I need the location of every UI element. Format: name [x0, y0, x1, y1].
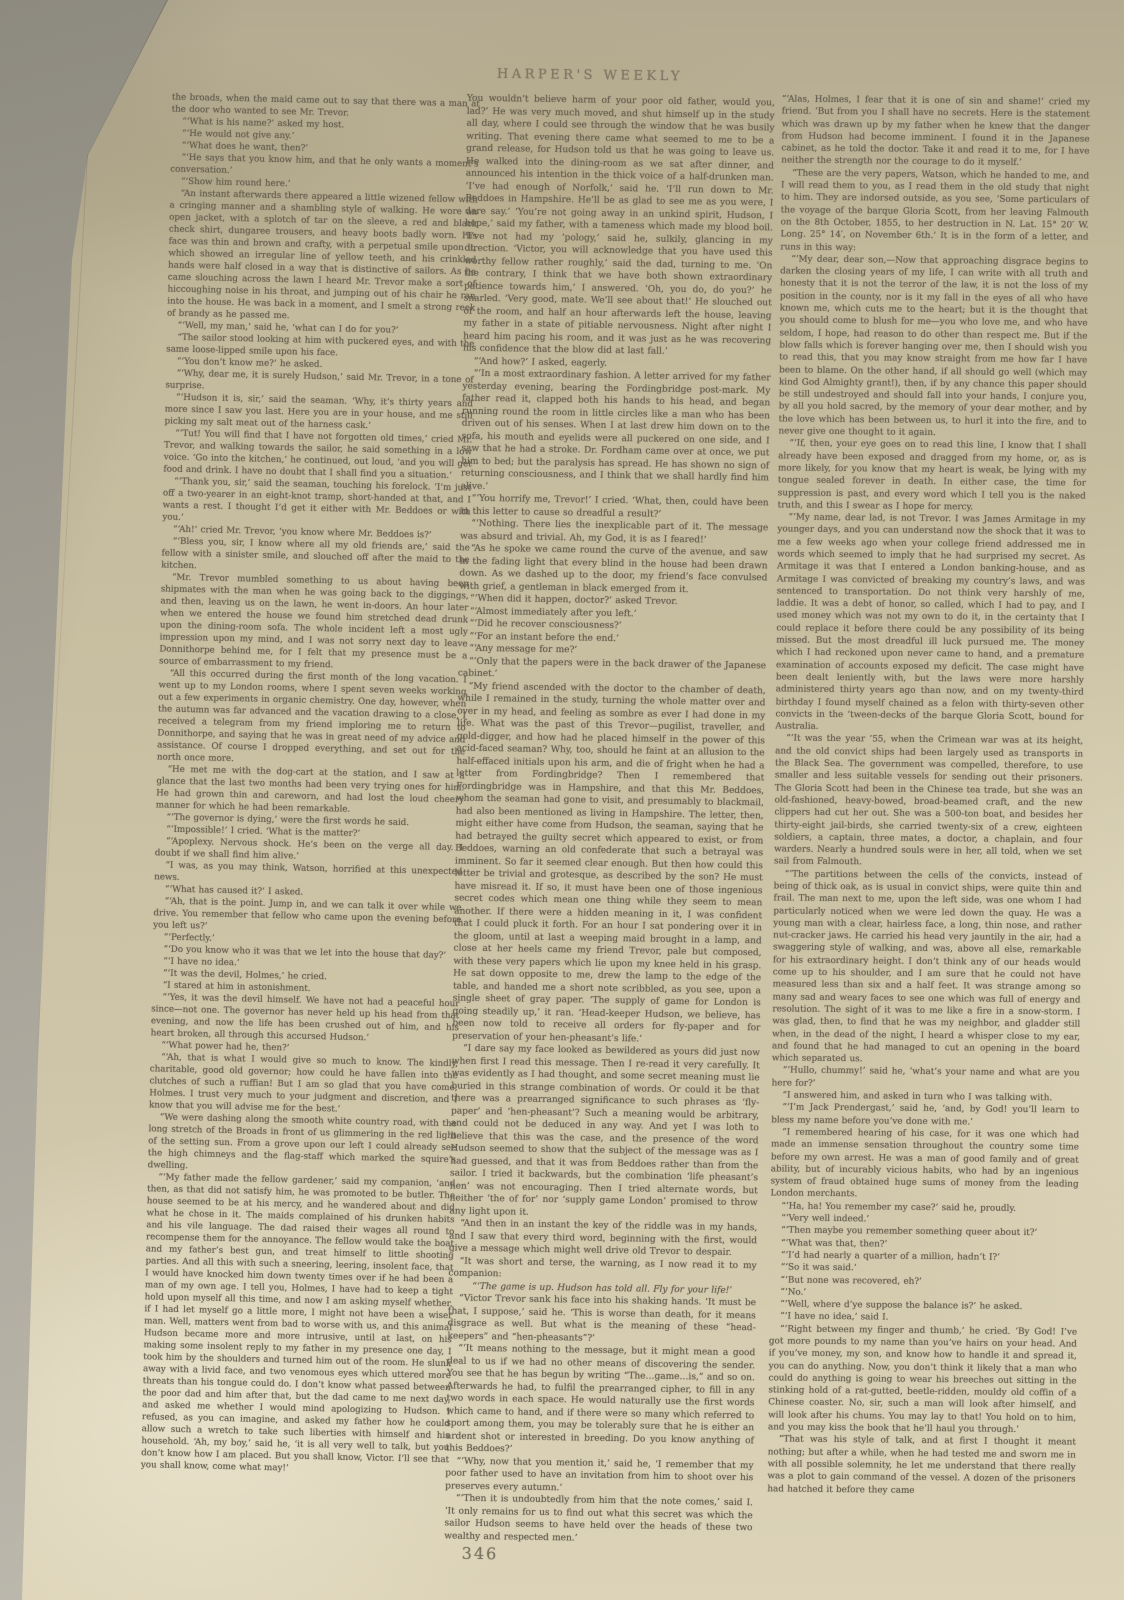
paragraph: “‘My dear, dear son,—Now that approachin… — [778, 253, 1088, 441]
paragraph: “All this occurred during the first mont… — [157, 667, 467, 770]
text-column-right: “‘Alas, Holmes, I fear that it is one of… — [767, 93, 1090, 1498]
paragraph: “‘The partitions between the cells of th… — [772, 868, 1082, 1068]
paragraph: “‘Then it is undoubtedly from him that t… — [444, 1492, 753, 1547]
newspaper-page: HARPER'S WEEKLY the broads, when the mai… — [0, 0, 1124, 1600]
paragraph: “Mr. Trevor mumbled something to us abou… — [159, 571, 469, 674]
paragraph: “‘It was the year ’55, when the Crimean … — [774, 733, 1083, 871]
paragraph: “‘Why, now that you mention it,’ said he… — [445, 1455, 754, 1497]
paragraph: “‘Right between my finger and thumb,’ he… — [768, 1323, 1077, 1437]
paragraph: “‘I’m Jack Prendergast,’ said he, ‘and, … — [771, 1102, 1079, 1130]
paragraph: “He met me with the dog-cart at the stat… — [156, 763, 465, 818]
scanned-page: HARPER'S WEEKLY the broads, when the mai… — [0, 0, 1124, 1600]
paragraph: “‘Alas, Holmes, I fear that it is one of… — [781, 93, 1090, 170]
running-head: HARPER'S WEEKLY — [130, 62, 1050, 90]
paragraph: “My friend ascended with the doctor to t… — [452, 680, 766, 1047]
paragraph: “And then in an instant the key of the r… — [449, 1217, 758, 1259]
paragraph: “‘My name, dear lad, is not Trevor. I wa… — [775, 511, 1085, 736]
text-column-middle: You wouldn’t believe harm of your poor o… — [444, 93, 775, 1548]
text-column-left: the broads, when the maid came out to sa… — [141, 92, 480, 1479]
paragraph: “‘Hullo, chummy!’ said he, ‘what’s your … — [772, 1065, 1080, 1093]
paragraph: “That was his style of talk, and at firs… — [767, 1434, 1076, 1499]
paragraph: “These are the very papers, Watson, whic… — [780, 167, 1089, 256]
paragraph: “We were dashing along the smooth white … — [148, 1111, 457, 1178]
paragraph: “‘It means nothing to the message, but i… — [446, 1342, 756, 1459]
paragraph: “‘Thank you, sir,’ said the seaman, touc… — [162, 475, 471, 530]
paragraph: “‘Tut! You will find that I have not for… — [163, 427, 472, 482]
paragraph: “I dare say my face looked as bewildered… — [449, 1042, 760, 1222]
paragraph: “‘My father made the fellow gardener,’ s… — [141, 1171, 456, 1478]
paragraph: “As he spoke we came round the curve of … — [459, 543, 768, 598]
paragraph: You wouldn’t believe harm of your poor o… — [463, 93, 775, 360]
paragraph: “‘Yes, it was the devil himself. We have… — [151, 991, 460, 1046]
paragraph: “Victor Trevor sank his face into his sh… — [447, 1292, 756, 1347]
paragraph: “An instant afterwards there appeared a … — [167, 187, 478, 326]
paragraph: “‘In a most extraordinary fashion. A let… — [461, 368, 771, 498]
paragraph: “‘Ah, that is what I would give so much … — [149, 1051, 458, 1118]
paragraph: “‘If, then, your eye goes on to read thi… — [778, 438, 1087, 515]
paragraph: “I remembered hearing of his case, for i… — [770, 1126, 1079, 1203]
